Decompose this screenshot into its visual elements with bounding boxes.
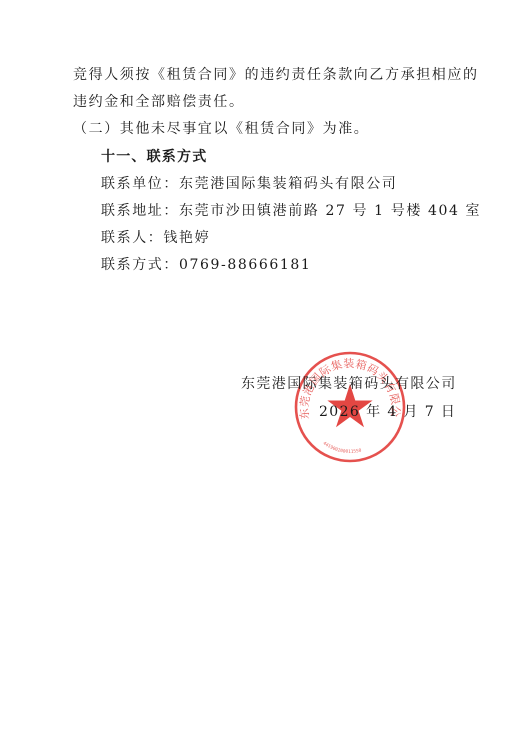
stamp-code: 441900200011550 <box>322 440 363 455</box>
signature-date: 2026 年 4 月 7 日 <box>319 403 456 421</box>
svg-text:441900200011550: 441900200011550 <box>322 440 363 455</box>
paragraph-breach-liability: 竞得人须按《租赁合同》的违约责任条款向乙方承担相应的 <box>73 66 479 84</box>
contact-address: 联系地址：东莞市沙田镇港前路 27 号 1 号楼 404 室 <box>101 202 481 220</box>
paragraph-other-matters: （二）其他未尽事宜以《租赁合同》为准。 <box>73 120 369 138</box>
contact-unit: 联系单位：东莞港国际集装箱码头有限公司 <box>101 175 397 193</box>
section-heading-contact: 十一、联系方式 <box>101 148 207 166</box>
contact-phone: 联系方式：0769-88666181 <box>101 256 311 274</box>
contact-person: 联系人：钱艳婷 <box>101 229 210 247</box>
paragraph-breach-liability-cont: 违约金和全部赔偿责任。 <box>73 93 245 111</box>
signature-company: 东莞港国际集装箱码头有限公司 <box>241 375 457 393</box>
